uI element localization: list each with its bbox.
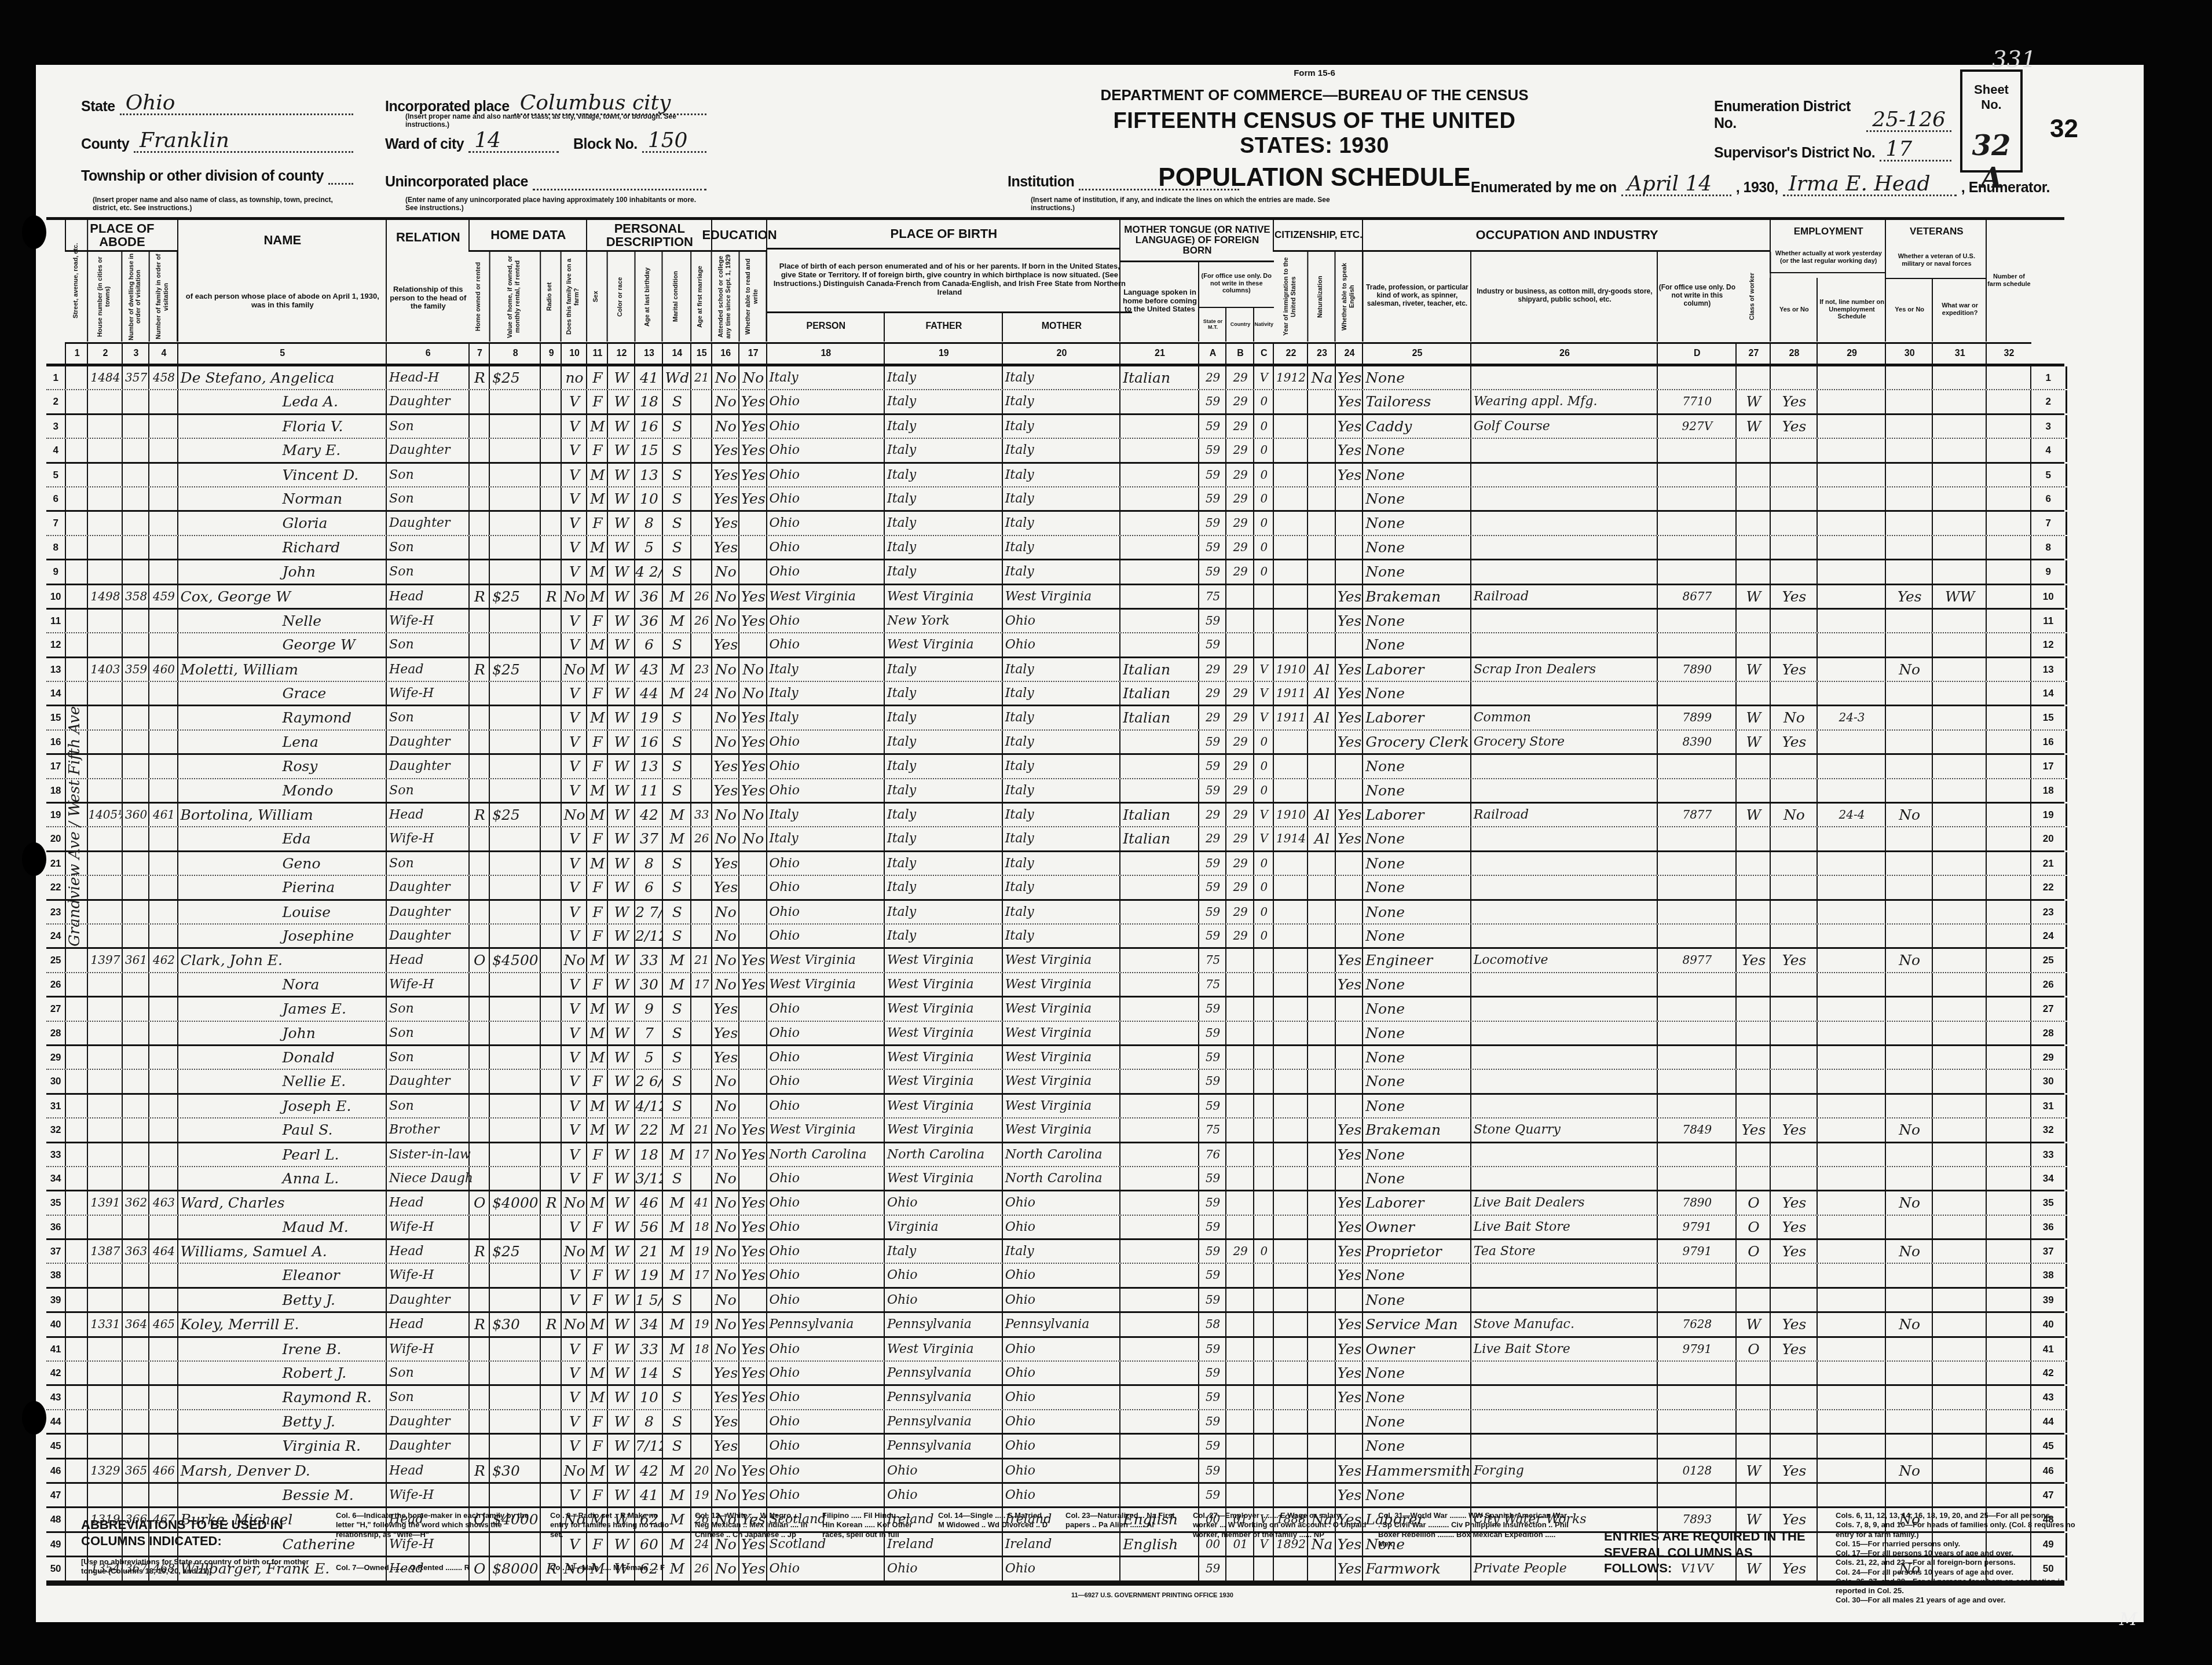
- ca-cell: 29: [1198, 682, 1226, 705]
- race-cell: W: [607, 1046, 635, 1069]
- line-number-right: 26: [2030, 973, 2067, 996]
- pob-f-cell: Pennsylvania: [884, 1313, 1005, 1336]
- race-cell: W: [607, 1240, 635, 1263]
- war-cell: [1932, 755, 1987, 778]
- sex-cell: F: [586, 876, 608, 898]
- english-cell: [1335, 755, 1363, 778]
- immig-cell: [1273, 852, 1308, 875]
- table-row: 5Vincent D.SonVMW13SYesYesOhioItalyItaly…: [46, 464, 2064, 487]
- immig-cell: [1273, 755, 1308, 778]
- race-cell: W: [607, 415, 635, 438]
- relation-cell: Daughter: [386, 1435, 471, 1457]
- dwelling-cell: [122, 464, 150, 486]
- race-cell: W: [607, 997, 635, 1020]
- pob-m-cell: West Virginia: [1002, 949, 1123, 971]
- line-number-right: 10: [2030, 585, 2067, 608]
- vet-cell: [1885, 560, 1933, 583]
- value-cell: [489, 901, 543, 923]
- radio-cell: [540, 1022, 562, 1044]
- dwelling-cell: [122, 512, 150, 534]
- school-cell: Yes: [711, 1022, 739, 1044]
- table-row: 34Anna L.Niece DaughterVFW3/12SNoOhioWes…: [46, 1167, 2064, 1191]
- farm-schedule-cell: [1986, 1240, 2033, 1263]
- cb-cell: 29: [1225, 439, 1254, 461]
- radio-cell: [540, 415, 562, 438]
- group-occupation-industry: OCCUPATION AND INDUSTRY: [1362, 220, 1771, 252]
- natur-cell: [1307, 1216, 1335, 1238]
- occupation-cell: None: [1362, 1022, 1474, 1044]
- table-row: 251397361462Clark, John E.HeadO$4500NoMW…: [46, 949, 2064, 973]
- race-cell: W: [607, 560, 635, 583]
- unemp-cell: [1817, 1459, 1887, 1482]
- unemp-cell: [1817, 1264, 1887, 1286]
- radio-cell: R: [540, 585, 562, 608]
- school-cell: No: [711, 366, 739, 389]
- cc-cell: [1253, 610, 1274, 632]
- class-cell: [1735, 779, 1771, 802]
- english-cell: [1335, 487, 1363, 510]
- line-number-right: 19: [2030, 804, 2067, 826]
- farm-schedule-cell: [1986, 827, 2033, 850]
- natur-cell: [1307, 852, 1335, 875]
- read-cell: No: [738, 682, 767, 705]
- dwelling-cell: 364: [122, 1313, 150, 1336]
- ca-cell: 75: [1198, 1118, 1226, 1141]
- tongue-cell: [1119, 925, 1202, 947]
- column-number: 2: [87, 342, 122, 364]
- value-cell: [489, 779, 543, 802]
- tongue-cell: [1119, 1118, 1202, 1141]
- value-cell: [489, 1046, 543, 1069]
- industry-cell: [1470, 1386, 1660, 1409]
- dwelling-cell: [122, 1410, 150, 1433]
- value-cell: [489, 390, 543, 413]
- farm-cell: V: [561, 439, 587, 461]
- marital-cell: S: [662, 390, 691, 413]
- line-number: 9: [46, 560, 65, 583]
- pob-cell: Italy: [766, 658, 888, 681]
- race-cell: W: [607, 610, 635, 632]
- tongue-cell: [1119, 1216, 1202, 1238]
- cc-cell: [1253, 1435, 1274, 1457]
- column-number: 23: [1307, 342, 1335, 364]
- table-row: 31Joseph E.SonVMW4/12SNoOhioWest Virgini…: [46, 1095, 2064, 1118]
- farm-schedule-cell: [1986, 1313, 2033, 1336]
- line-number: 10: [46, 585, 65, 608]
- name-cell: Clark, John E.: [177, 949, 389, 971]
- english-cell: Yes: [1335, 1459, 1363, 1482]
- cc-cell: 0: [1253, 536, 1274, 559]
- dwelling-cell: 365: [122, 1459, 150, 1482]
- marital-cell: S: [662, 852, 691, 875]
- farm-cell: V: [561, 512, 587, 534]
- family-cell: [148, 1264, 178, 1286]
- natur-cell: Na: [1307, 366, 1335, 389]
- unemp-cell: [1817, 1289, 1887, 1311]
- relation-cell: Daughter: [386, 439, 471, 461]
- age-cell: 7/12: [634, 1435, 662, 1457]
- radio-cell: [540, 706, 562, 729]
- unincorporated-note: (Enter name of any unincorporated place …: [405, 196, 706, 212]
- tongue-cell: [1119, 464, 1202, 486]
- farm-cell: V: [561, 633, 587, 656]
- ca-cell: 59: [1198, 1070, 1226, 1092]
- immig-cell: [1273, 390, 1308, 413]
- marital-cell: S: [662, 925, 691, 947]
- dwelling-cell: 357: [122, 366, 150, 389]
- occupation-description: Trade, profession, or particular kind of…: [1362, 250, 1471, 342]
- class-cell: [1735, 827, 1771, 850]
- unemp-cell: [1817, 1070, 1887, 1092]
- english-cell: Yes: [1335, 464, 1363, 486]
- tongue-cell: [1119, 901, 1202, 923]
- subhead-dwelling: Number of dwelling house in order of vis…: [122, 252, 150, 342]
- code-cell: 7890: [1657, 1191, 1737, 1214]
- marital-cell: S: [662, 439, 691, 461]
- pob-f-cell: Italy: [884, 755, 1005, 778]
- radio-cell: [540, 973, 562, 996]
- pob-cell: Italy: [766, 682, 888, 705]
- immig-cell: [1273, 925, 1308, 947]
- marital-cell: M: [662, 585, 691, 608]
- english-cell: Yes: [1335, 1313, 1363, 1336]
- war-cell: [1932, 1143, 1987, 1166]
- farm-cell: V: [561, 610, 587, 632]
- owned-cell: [468, 560, 490, 583]
- house-cell: [87, 852, 122, 875]
- vet-cell: [1885, 1435, 1933, 1457]
- marital-cell: S: [662, 876, 691, 898]
- sex-cell: M: [586, 1459, 608, 1482]
- school-cell: No: [711, 973, 739, 996]
- age-marr-cell: 19: [690, 1240, 712, 1263]
- radio-cell: [540, 1167, 562, 1190]
- radio-cell: [540, 1386, 562, 1409]
- unemp-cell: [1817, 464, 1887, 486]
- line-number: 36: [46, 1216, 65, 1238]
- natur-cell: [1307, 997, 1335, 1020]
- house-cell: [87, 560, 122, 583]
- pob-person-header: PERSON: [766, 311, 885, 342]
- immig-cell: [1273, 901, 1308, 923]
- dwelling-cell: [122, 1289, 150, 1311]
- ca-cell: 59: [1198, 390, 1226, 413]
- pob-f-cell: West Virginia: [884, 1046, 1005, 1069]
- immig-cell: 1910: [1273, 658, 1308, 681]
- work-cell: Yes: [1770, 1338, 1818, 1360]
- farm-cell: No: [561, 949, 587, 971]
- table-row: 47Bessie M.Wife-HVFW41M19NoYesOhioOhioOh…: [46, 1484, 2064, 1508]
- school-cell: No: [711, 610, 739, 632]
- code-cell: 0128: [1657, 1459, 1737, 1482]
- cc-cell: 0: [1253, 415, 1274, 438]
- english-cell: [1335, 997, 1363, 1020]
- natur-cell: Al: [1307, 706, 1335, 729]
- cc-cell: [1253, 585, 1274, 608]
- race-cell: W: [607, 682, 635, 705]
- occupation-cell: None: [1362, 1264, 1474, 1286]
- line-number: 16: [46, 731, 65, 753]
- farm-cell: V: [561, 973, 587, 996]
- radio-cell: [540, 1459, 562, 1482]
- farm-cell: V: [561, 1070, 587, 1092]
- code-cell: [1657, 1435, 1737, 1457]
- natur-cell: [1307, 1362, 1335, 1384]
- unemp-cell: [1817, 925, 1887, 947]
- sex-cell: M: [586, 1095, 608, 1117]
- natur-cell: [1307, 633, 1335, 656]
- code-cell: 7628: [1657, 1313, 1737, 1336]
- cc-cell: [1253, 1070, 1274, 1092]
- unemp-cell: [1817, 997, 1887, 1020]
- stamp-number: 32: [2050, 115, 2078, 144]
- sex-cell: M: [586, 415, 608, 438]
- work-cell: Yes: [1770, 1240, 1818, 1263]
- subhead-marital: Marital condition: [662, 252, 691, 342]
- value-cell: [489, 1410, 543, 1433]
- radio-cell: [540, 1338, 562, 1360]
- cb-cell: [1225, 1484, 1254, 1506]
- group-education: EDUCATION: [711, 220, 767, 252]
- table-header: PLACE OF ABODENAMEof each person whose p…: [46, 217, 2064, 366]
- work-cell: [1770, 1022, 1818, 1044]
- column-number: 9: [540, 342, 562, 364]
- farm-schedule-cell: [1986, 585, 2033, 608]
- ca-cell: 59: [1198, 1167, 1226, 1190]
- radio-cell: [540, 852, 562, 875]
- english-cell: [1335, 512, 1363, 534]
- age-marr-cell: [690, 1167, 712, 1190]
- farm-cell: No: [561, 1240, 587, 1263]
- work-cell: Yes: [1770, 1118, 1818, 1141]
- radio-cell: [540, 901, 562, 923]
- dwelling-cell: [122, 633, 150, 656]
- immig-cell: [1273, 1143, 1308, 1166]
- natur-cell: [1307, 1191, 1335, 1214]
- english-cell: Yes: [1335, 827, 1363, 850]
- immig-cell: [1273, 1484, 1308, 1506]
- relation-cell: Head: [386, 1191, 471, 1214]
- race-cell: W: [607, 1459, 635, 1482]
- english-cell: Yes: [1335, 1216, 1363, 1238]
- value-cell: [489, 827, 543, 850]
- read-cell: [738, 633, 767, 656]
- column-number: 10: [561, 342, 587, 364]
- dwelling-cell: [122, 1118, 150, 1141]
- radio-cell: [540, 1118, 562, 1141]
- work-cell: [1770, 1484, 1818, 1506]
- radio-cell: [540, 610, 562, 632]
- house-cell: [87, 1143, 122, 1166]
- age-cell: 18: [634, 390, 662, 413]
- value-cell: [489, 997, 543, 1020]
- name-cell: Bortolina, William: [177, 804, 389, 826]
- sex-cell: M: [586, 779, 608, 802]
- english-cell: Yes: [1335, 949, 1363, 971]
- family-cell: [148, 1216, 178, 1238]
- class-cell: W: [1735, 1313, 1771, 1336]
- pob-f-cell: Italy: [884, 901, 1005, 923]
- cb-cell: [1225, 1046, 1254, 1069]
- line-number-right: 14: [2030, 682, 2067, 705]
- industry-cell: Locomotive: [1470, 949, 1660, 971]
- read-cell: Yes: [738, 1484, 767, 1506]
- unemp-cell: [1817, 658, 1887, 681]
- line-number: 31: [46, 1095, 65, 1117]
- immig-cell: 1911: [1273, 682, 1308, 705]
- ca-cell: 59: [1198, 1386, 1226, 1409]
- code-cell: 8677: [1657, 585, 1737, 608]
- natur-cell: [1307, 1338, 1335, 1360]
- tongue-cell: [1119, 439, 1202, 461]
- unemp-cell: [1817, 901, 1887, 923]
- occupation-cell: None: [1362, 512, 1474, 534]
- line-number: 2: [46, 390, 65, 413]
- immig-cell: [1273, 1264, 1308, 1286]
- owned-cell: [468, 1022, 490, 1044]
- dwelling-cell: [122, 536, 150, 559]
- group-home-data: HOME DATA: [468, 220, 588, 252]
- work-cell: Yes: [1770, 1313, 1818, 1336]
- immig-cell: [1273, 1240, 1308, 1263]
- age-cell: 56: [634, 1216, 662, 1238]
- block-field: Block No. 150: [573, 130, 706, 153]
- column-number: 25: [1362, 342, 1471, 364]
- race-cell: W: [607, 1289, 635, 1311]
- farm-cell: V: [561, 876, 587, 898]
- dwelling-cell: 361: [122, 949, 150, 971]
- marital-cell: Wd: [662, 366, 691, 389]
- dwelling-cell: [122, 997, 150, 1020]
- family-cell: [148, 876, 178, 898]
- occupation-cell: None: [1362, 1143, 1474, 1166]
- relation-cell: Head: [386, 1313, 471, 1336]
- line-number-right: 30: [2030, 1070, 2067, 1092]
- line-number: 30: [46, 1070, 65, 1092]
- school-cell: No: [711, 560, 739, 583]
- age-cell: 43: [634, 658, 662, 681]
- read-cell: Yes: [738, 949, 767, 971]
- unemp-cell: [1817, 415, 1887, 438]
- house-cell: [87, 1289, 122, 1311]
- class-cell: Yes: [1735, 1118, 1771, 1141]
- house-cell: [87, 827, 122, 850]
- pob-m-cell: Ohio: [1002, 1484, 1123, 1506]
- tongue-cell: [1119, 1435, 1202, 1457]
- line-number-right: 21: [2030, 852, 2067, 875]
- incorporated-note: (Insert proper name and also name of cla…: [405, 112, 706, 129]
- relation-cell: Daughter: [386, 1070, 471, 1092]
- cc-cell: 0: [1253, 487, 1274, 510]
- tongue-cell: [1119, 1484, 1202, 1506]
- natur-cell: [1307, 390, 1335, 413]
- sex-cell: F: [586, 1216, 608, 1238]
- dwelling-cell: [122, 1216, 150, 1238]
- cc-cell: [1253, 1459, 1274, 1482]
- relation-cell: Brother: [386, 1118, 471, 1141]
- race-cell: W: [607, 1022, 635, 1044]
- war-cell: [1932, 804, 1987, 826]
- ca-cell: 59: [1198, 731, 1226, 753]
- unincorporated-field: Unincorporated place: [385, 174, 706, 190]
- relation-cell: Wife-H: [386, 1264, 471, 1286]
- unemp-cell: [1817, 779, 1887, 802]
- pob-cell: Ohio: [766, 536, 888, 559]
- age-cell: 8: [634, 852, 662, 875]
- race-cell: W: [607, 464, 635, 486]
- class-cell: [1735, 1070, 1771, 1092]
- place-of-birth-description: Place of birth of each person enumerated…: [766, 248, 1133, 313]
- radio-cell: [540, 512, 562, 534]
- family-cell: 466: [148, 1459, 178, 1482]
- occupation-cell: None: [1362, 755, 1474, 778]
- value-cell: [489, 1484, 543, 1506]
- radio-cell: [540, 1410, 562, 1433]
- subhead-natur: Naturalization: [1307, 252, 1335, 342]
- class-cell: W: [1735, 804, 1771, 826]
- english-cell: Yes: [1335, 366, 1363, 389]
- pob-f-cell: West Virginia: [884, 949, 1005, 971]
- pob-cell: Ohio: [766, 415, 888, 438]
- family-cell: 458: [148, 366, 178, 389]
- industry-cell: [1470, 512, 1660, 534]
- class-cell: [1735, 633, 1771, 656]
- enumerator-name: Irma E. Head: [1783, 174, 1957, 196]
- dwelling-cell: [122, 755, 150, 778]
- pob-m-cell: West Virginia: [1002, 1022, 1123, 1044]
- family-cell: [148, 779, 178, 802]
- vet-cell: [1885, 487, 1933, 510]
- radio-cell: [540, 1362, 562, 1384]
- pob-cell: Ohio: [766, 1022, 888, 1044]
- school-cell: No: [711, 1143, 739, 1166]
- age-cell: 22: [634, 1118, 662, 1141]
- pob-f-cell: Italy: [884, 560, 1005, 583]
- table-row: 461329365466Marsh, Denver D.HeadR$30NoMW…: [46, 1459, 2064, 1484]
- family-cell: [148, 827, 178, 850]
- cb-cell: [1225, 1386, 1254, 1409]
- age-marr-cell: 17: [690, 1143, 712, 1166]
- line-number: 20: [46, 827, 65, 850]
- sex-cell: F: [586, 731, 608, 753]
- pob-f-cell: Pennsylvania: [884, 1386, 1005, 1409]
- relation-cell: Daughter: [386, 390, 471, 413]
- ca-cell: 59: [1198, 464, 1226, 486]
- dwelling-cell: 358: [122, 585, 150, 608]
- english-cell: Yes: [1335, 585, 1363, 608]
- cc-cell: 0: [1253, 439, 1274, 461]
- family-cell: [148, 560, 178, 583]
- pob-cell: Ohio: [766, 755, 888, 778]
- owned-cell: [468, 779, 490, 802]
- class-cell: O: [1735, 1240, 1771, 1263]
- war-cell: WW: [1932, 585, 1987, 608]
- immig-cell: [1273, 610, 1308, 632]
- age-cell: 3/12: [634, 1167, 662, 1190]
- house-cell: [87, 1046, 122, 1069]
- tongue-cell: [1119, 390, 1202, 413]
- unemp-cell: [1817, 1167, 1887, 1190]
- work-cell: [1770, 1070, 1818, 1092]
- immig-cell: 1911: [1273, 706, 1308, 729]
- code-cell: [1657, 827, 1737, 850]
- table-row: 38EleanorWife-HVFW19M17NoYesOhioOhioOhio…: [46, 1264, 2064, 1288]
- line-number-right: 39: [2030, 1289, 2067, 1311]
- age-marr-cell: [690, 706, 712, 729]
- vet-cell: [1885, 779, 1933, 802]
- owned-cell: [468, 390, 490, 413]
- occupation-cell: Grocery Clerk: [1362, 731, 1474, 753]
